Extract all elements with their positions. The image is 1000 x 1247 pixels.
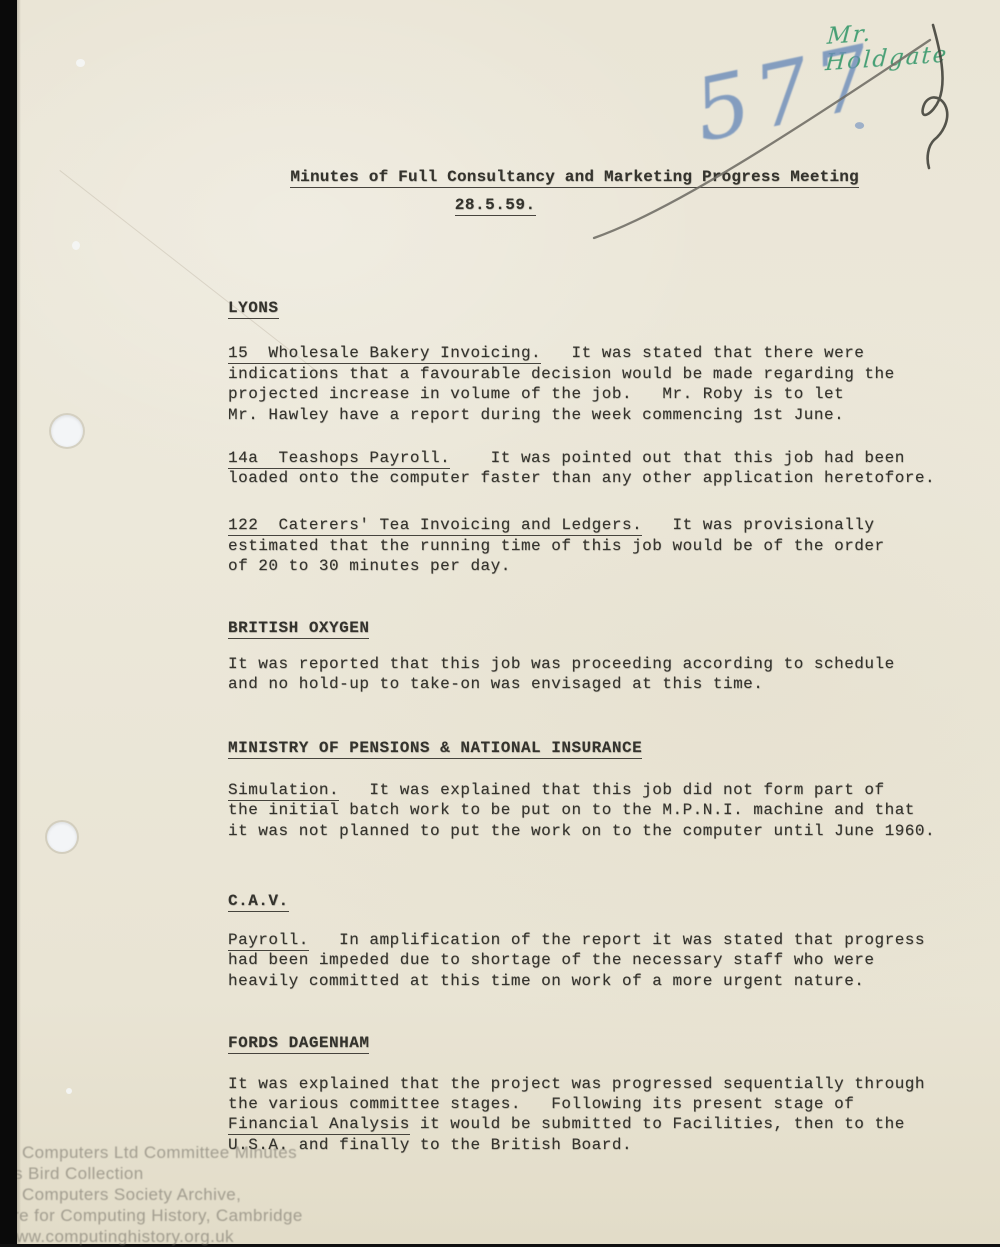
document-line: projected increase in volume of the job.… xyxy=(228,386,844,402)
section-heading: C.A.V. xyxy=(228,893,289,909)
document-line: had been impeded due to shortage of the … xyxy=(228,952,875,968)
document-line: the various committee stages. Following … xyxy=(228,1096,854,1112)
document-line: heavily committed at this time on work o… xyxy=(228,973,864,989)
document-line: it was not planned to put the work on to… xyxy=(228,823,935,839)
paper-speck xyxy=(66,1088,72,1094)
paper-edge-shadow xyxy=(17,0,21,1244)
document-line: Mr. Hawley have a report during the week… xyxy=(228,407,844,423)
punch-hole xyxy=(47,822,77,852)
paper-speck xyxy=(76,59,85,67)
scanner-edge xyxy=(0,0,17,1244)
document-line: the initial batch work to be put on to t… xyxy=(228,802,915,818)
document-line: of 20 to 30 minutes per day. xyxy=(228,558,511,574)
watermark-line: ww.computinghistory.org.uk xyxy=(16,1227,234,1244)
paper-speck xyxy=(72,241,80,250)
document-line: It was reported that this job was procee… xyxy=(228,656,895,672)
punch-hole xyxy=(51,415,83,447)
watermark-line: tre for Computing History, Cambridge xyxy=(8,1206,303,1226)
document-title-text: Minutes of Full Consultancy and Marketin… xyxy=(290,168,859,188)
section-heading: FORDS DAGENHAM xyxy=(228,1035,369,1051)
section-heading: LYONS xyxy=(228,300,279,316)
document-line: Simulation. It was explained that this j… xyxy=(228,782,885,798)
document-line: It was explained that the project was pr… xyxy=(228,1076,925,1092)
document-line: Financial Analysis it would be submitted… xyxy=(228,1116,905,1132)
section-heading: BRITISH OXYGEN xyxy=(228,620,369,636)
document-date: 28.5.59. xyxy=(380,181,570,229)
section-heading: MINISTRY OF PENSIONS & NATIONAL INSURANC… xyxy=(228,740,642,756)
watermark-line: s Bird Collection xyxy=(14,1164,144,1184)
document-line: and no hold-up to take-on was envisaged … xyxy=(228,676,763,692)
document-line: 122 Caterers' Tea Invoicing and Ledgers.… xyxy=(228,517,875,533)
document-line: estimated that the running time of this … xyxy=(228,538,885,554)
scanned-document-page: Minutes of Full Consultancy and Marketin… xyxy=(0,0,1000,1244)
watermark-line: Computers Society Archive, xyxy=(22,1185,241,1205)
document-line: Payroll. In amplification of the report … xyxy=(228,932,925,948)
document-line: indications that a favourable decision w… xyxy=(228,366,895,382)
document-date-text: 28.5.59. xyxy=(455,196,536,216)
watermark-line: Computers Ltd Committee Minutes xyxy=(22,1143,297,1163)
document-line: loaded onto the computer faster than any… xyxy=(228,470,935,486)
document-line: 15 Wholesale Bakery Invoicing. It was st… xyxy=(228,345,864,361)
handwritten-number-blue-pencil: 577 xyxy=(686,26,888,162)
document-line: 14a Teashops Payroll. It was pointed out… xyxy=(228,450,905,466)
